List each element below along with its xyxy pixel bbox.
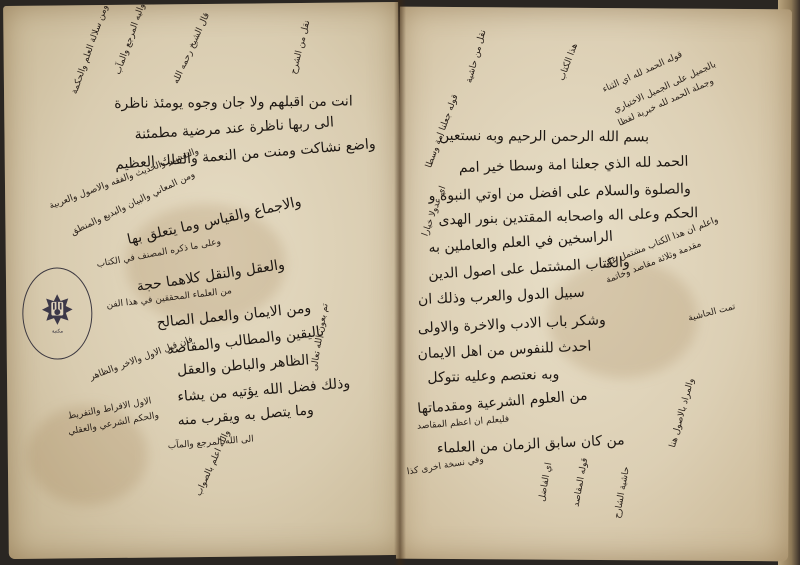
seal-hand-star-icon [40, 292, 74, 326]
left-line-2: الى ربها ناظرة عند مرضية مطمئنة [134, 115, 334, 142]
left-line-1: انت من اقبلهم ولا جان وجوه يومئذ ناظرة [114, 94, 353, 110]
book-gutter [394, 0, 406, 565]
right-page: نقل من حاشية هذا الكتاب قوله الحمد لله ا… [396, 7, 792, 562]
library-stamp: مكتبة [22, 267, 93, 360]
right-line-3: الحكم وعلى اله واصحابه المقتدين بنور اله… [438, 206, 698, 227]
right-line-1: الحمد لله الذي جعلنا امة وسطا خير امم [459, 155, 689, 175]
right-heading: بسم الله الرحمن الرحيم وبه نستعين [439, 129, 649, 144]
right-line-2: والصلوة والسلام على افضل من اوتي النبوة … [428, 182, 690, 203]
left-page: ومن سلالة العلم والحكمة واليه المرجع وال… [3, 2, 404, 559]
manuscript-photo: ومن سلالة العلم والحكمة واليه المرجع وال… [0, 0, 800, 565]
